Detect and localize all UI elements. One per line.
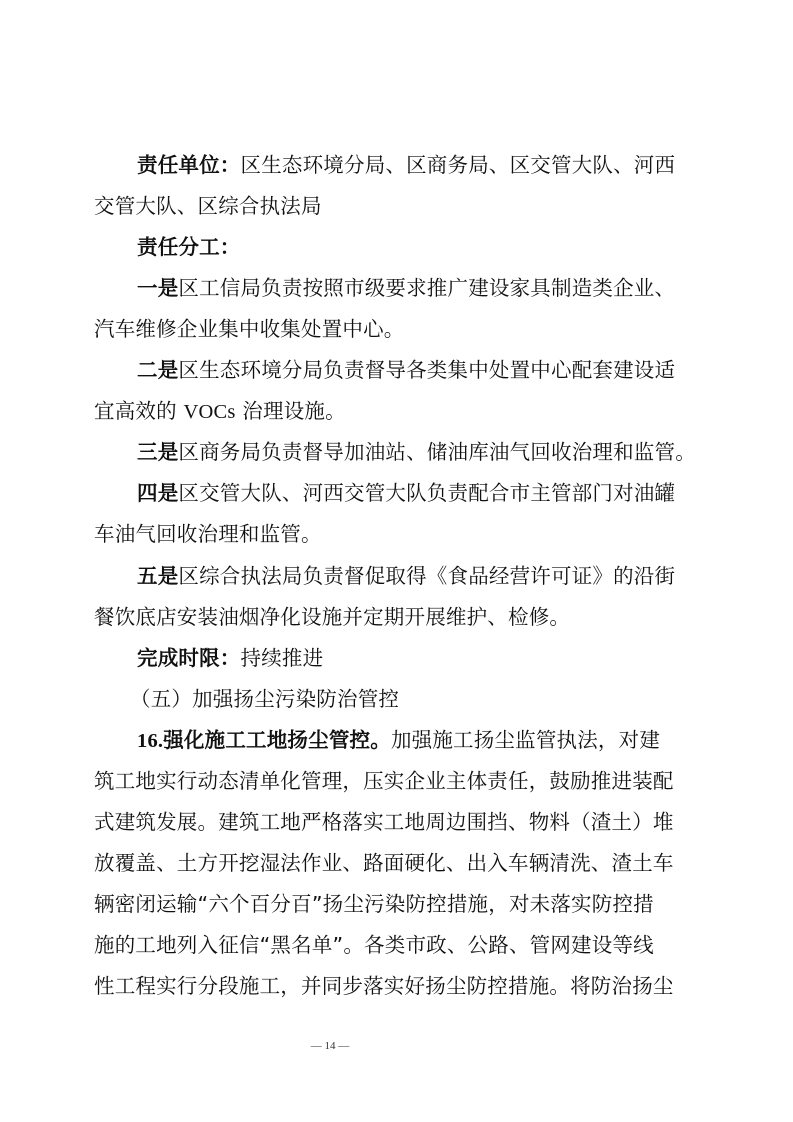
item-four-line-1: 四是区交管大队、河西交管大队负责配合市主管部门对油罐 bbox=[137, 480, 747, 506]
document-page: 责任单位：区生态环境分局、区商务局、区交管大队、河西 交管大队、区综合执法局 责… bbox=[0, 0, 793, 1122]
item-two-label: 二是 bbox=[137, 358, 178, 382]
division-of-duties-label: 责任分工： bbox=[137, 234, 747, 260]
item-16-line-5: 辆密闭运输“六个百分百”扬尘污染防控措施，对未落实防控措 bbox=[94, 891, 704, 917]
item-16-line-4: 放覆盖、土方开挖湿法作业、路面硬化、出入车辆清洗、渣土车 bbox=[94, 850, 704, 876]
item-16-text: 加强施工扬尘监管执法，对建 bbox=[391, 728, 660, 752]
item-three-text: 区商务局负责督导加油站、储油库油气回收治理和监管。 bbox=[178, 440, 696, 464]
item-five-line-2: 餐饮底店安装油烟净化设施并定期开展维护、检修。 bbox=[94, 604, 704, 630]
deadline-text: 持续推进 bbox=[241, 646, 324, 670]
item-16-line-6: 施的工地列入征信“黑名单”。各类市政、公路、管网建设等线 bbox=[94, 932, 704, 958]
item-16-line-7: 性工程实行分段施工，并同步落实好扬尘防控措施。将防治扬尘 bbox=[94, 973, 704, 999]
item-four-text: 区交管大队、河西交管大队负责配合市主管部门对油罐 bbox=[178, 481, 675, 505]
item-16-line-3: 式建筑发展。建筑工地严格落实工地周边围挡、物料（渣土）堆 bbox=[94, 809, 704, 835]
deadline-line: 完成时限：持续推进 bbox=[137, 645, 747, 671]
item-five-label: 五是 bbox=[137, 564, 178, 588]
item-five-text: 区综合执法局负责督促取得《食品经营许可证》的沿街 bbox=[178, 564, 675, 588]
item-four-line-2: 车油气回收治理和监管。 bbox=[94, 521, 704, 547]
item-one-line-2: 汽车维修企业集中收集处置中心。 bbox=[94, 316, 704, 342]
item-one-line-1: 一是区工信局负责按照市级要求推广建设家具制造类企业、 bbox=[137, 275, 747, 301]
item-five-line-1: 五是区综合执法局负责督促取得《食品经营许可证》的沿街 bbox=[137, 563, 747, 589]
item-16-number: 16. bbox=[137, 730, 163, 752]
section-heading: （五）加强扬尘污染防治管控 bbox=[130, 686, 740, 712]
item-two-text-a: 宜高效的 bbox=[94, 399, 184, 423]
vocs-term: VOCs bbox=[184, 401, 236, 423]
item-one-label: 一是 bbox=[137, 276, 178, 300]
responsible-units-line-1: 责任单位：区生态环境分局、区商务局、区交管大队、河西 bbox=[137, 152, 747, 178]
item-16-title: 强化施工工地扬尘管控。 bbox=[163, 728, 391, 752]
responsible-units-text: 区生态环境分局、区商务局、区交管大队、河西 bbox=[241, 153, 676, 177]
responsible-units-line-2: 交管大队、区综合执法局 bbox=[94, 193, 704, 219]
item-two-text: 区生态环境分局负责督导各类集中处置中心配套建设适 bbox=[178, 358, 675, 382]
item-two-text-c: 治理设施。 bbox=[236, 399, 346, 423]
item-three-label: 三是 bbox=[137, 440, 178, 464]
item-two-line-2: 宜高效的 VOCs 治理设施。 bbox=[94, 398, 704, 425]
responsible-units-label: 责任单位： bbox=[137, 153, 241, 177]
item-16-line-2: 筑工地实行动态清单化管理，压实企业主体责任，鼓励推进装配 bbox=[94, 768, 704, 794]
item-three-line-1: 三是区商务局负责督导加油站、储油库油气回收治理和监管。 bbox=[137, 439, 747, 465]
item-two-line-1: 二是区生态环境分局负责督导各类集中处置中心配套建设适 bbox=[137, 357, 747, 383]
item-one-text: 区工信局负责按照市级要求推广建设家具制造类企业、 bbox=[178, 276, 675, 300]
page-number: — 14 — bbox=[0, 1040, 660, 1052]
item-16-line-1: 16.强化施工工地扬尘管控。加强施工扬尘监管执法，对建 bbox=[137, 727, 747, 754]
item-four-label: 四是 bbox=[137, 481, 178, 505]
deadline-label: 完成时限： bbox=[137, 646, 241, 670]
